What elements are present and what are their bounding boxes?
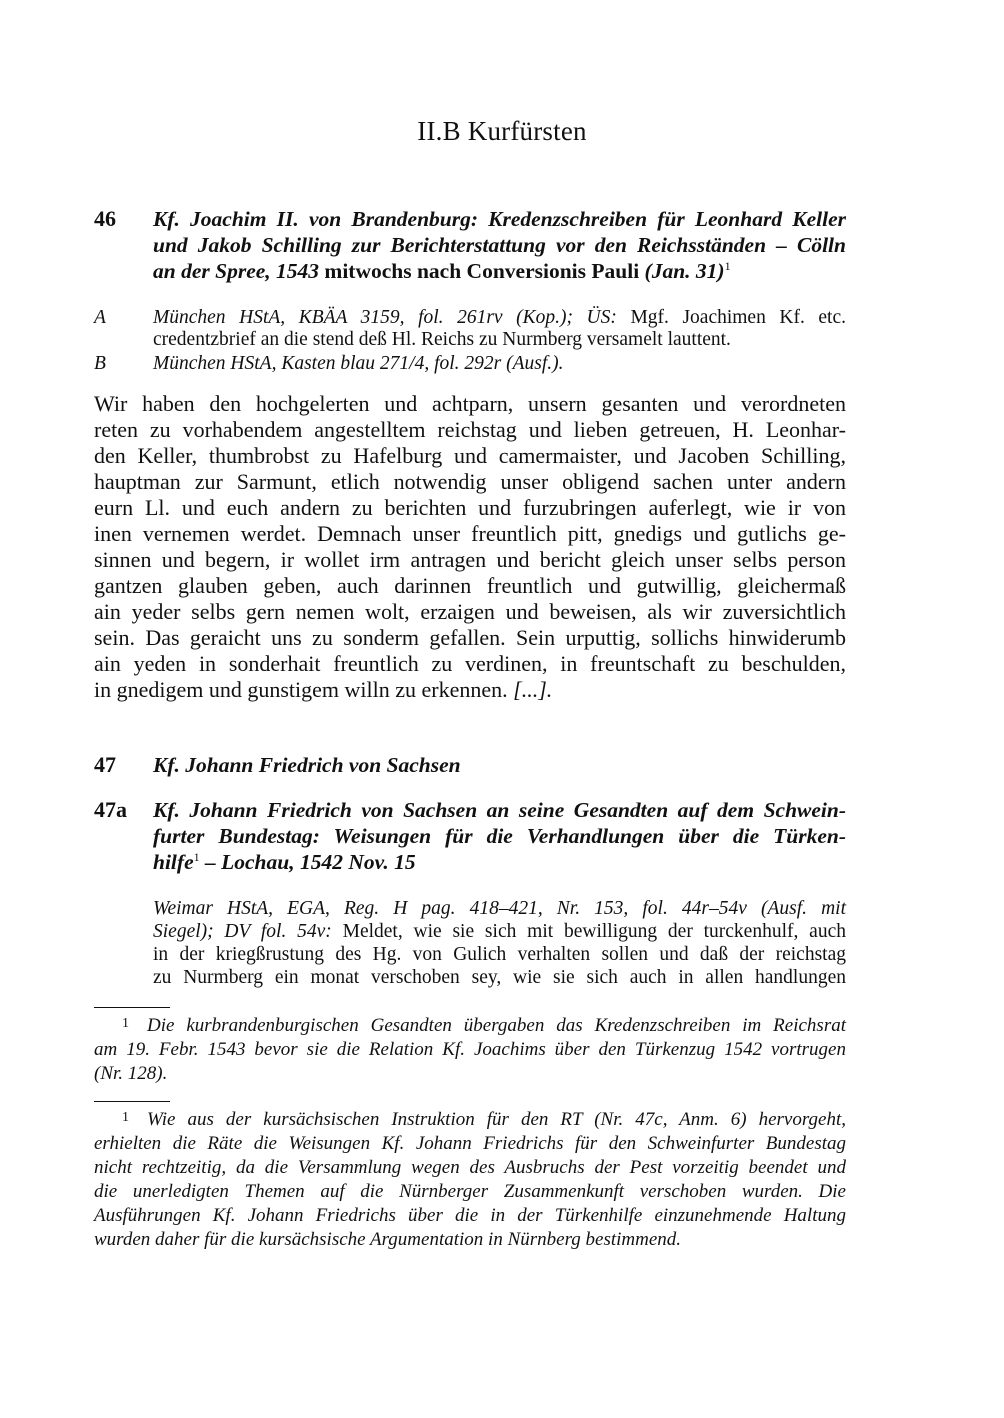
- footnote-marker: 1: [122, 1016, 129, 1031]
- source-summary: Meldet, wie sie sich mit bewilligung der…: [332, 921, 846, 942]
- source-line: in der kriegßrustung des Hg. von Gulich …: [153, 943, 846, 966]
- source-a: A München HStA, KBÄA 3159, fol. 261rv (K…: [94, 307, 846, 351]
- heading-line: Kf. Joachim II. von Brandenburg: Kredenz…: [153, 206, 846, 232]
- body-line: ain yeden in sonderhait freuntlich zu ve…: [94, 651, 846, 677]
- footnote-line: am 19. Febr. 1543 bevor sie die Relation…: [94, 1038, 846, 1062]
- body-line: reten zu vorhabendem angestelltem reichs…: [94, 417, 846, 443]
- body-line: in gnedigem und gunstigem willn zu erken…: [94, 677, 846, 703]
- body-line: ain yeder selbs gern nemen wolt, erzaige…: [94, 599, 846, 625]
- ellipsis: [...].: [513, 677, 552, 702]
- section-title: II.B Kurfürsten: [0, 116, 1004, 147]
- footnote-line: 1Wie aus der kursächsischen Instruktion …: [94, 1106, 846, 1132]
- footnote-line: erhielten die Räte die Weisungen Kf. Joh…: [94, 1132, 846, 1156]
- body-line-text: in gnedigem und gunstigem willn zu erken…: [94, 677, 508, 702]
- heading-place-date: an der Spree, 1543: [153, 259, 319, 283]
- source-line: zu Nurmberg ein monat verschoben sey, wi…: [153, 966, 846, 989]
- body-line: inen vernemen werdet. Demnach unser freu…: [94, 521, 846, 547]
- footnote-line: die unerledigten Themen auf die Nürnberg…: [94, 1180, 846, 1204]
- body-line: eurn Ll. und euch andern zu berichten un…: [94, 495, 846, 521]
- source-archive: München HStA, Kasten blau 271/4, fol. 29…: [153, 353, 564, 374]
- source-b: B München HStA, Kasten blau 271/4, fol. …: [94, 353, 846, 375]
- entry-heading: Kf. Johann Friedrich von Sachsen an sein…: [153, 797, 846, 875]
- entry-number: 46: [94, 206, 116, 232]
- entry-number: 47a: [94, 797, 127, 823]
- footnote-1-entry-46: 1Die kurbrandenburgischen Gesandten über…: [94, 1012, 846, 1086]
- heading-line: an der Spree, 1543 mitwochs nach Convers…: [153, 258, 846, 284]
- heading-quoted-date: mitwochs nach Conversionis Pauli: [324, 259, 639, 283]
- heading-line: furter Bundestag: Weisungen für die Verh…: [153, 823, 846, 849]
- footnote-text: Wie aus der kursächsischen Instruktion f…: [147, 1109, 846, 1130]
- footnote-text: Die kurbrandenburgischen Gesandten überg…: [147, 1015, 846, 1036]
- heading-resolved-date: (Jan. 31): [645, 259, 725, 283]
- entry-46-body: Wir haben den hochgelerten und achtparn,…: [94, 391, 846, 703]
- entry-47a-header: 47a Kf. Johann Friedrich von Sachsen an …: [94, 797, 846, 875]
- footnote-line: (Nr. 128).: [94, 1062, 846, 1086]
- entry-47a-source: Weimar HStA, EGA, Reg. H pag. 418–421, N…: [153, 897, 846, 989]
- footnote-1-entry-47a: 1Wie aus der kursächsischen Instruktion …: [94, 1106, 846, 1252]
- footnote-line: 1Die kurbrandenburgischen Gesandten über…: [94, 1012, 846, 1038]
- entry-47-header: 47 Kf. Johann Friedrich von Sachsen: [94, 752, 846, 778]
- heading-text: hilfe: [153, 850, 194, 874]
- body-line: Wir haben den hochgelerten und achtparn,…: [94, 391, 846, 417]
- entry-heading: Kf. Johann Friedrich von Sachsen: [153, 752, 846, 778]
- heading-line: hilfe1 – Lochau, 1542 Nov. 15: [153, 849, 846, 875]
- source-archive: München HStA, KBÄA 3159, fol. 261rv (Kop…: [153, 307, 617, 328]
- source-siglum: B: [94, 353, 106, 375]
- footnote-ref: 1: [725, 259, 731, 273]
- heading-line: und Jakob Schilling zur Berichterstattun…: [153, 232, 846, 258]
- source-text: München HStA, Kasten blau 271/4, fol. 29…: [153, 353, 846, 375]
- source-text: München HStA, KBÄA 3159, fol. 261rv (Kop…: [153, 307, 846, 351]
- entry-heading: Kf. Joachim II. von Brandenburg: Kredenz…: [153, 206, 846, 284]
- heading-place-date: – Lochau, 1542 Nov. 15: [200, 850, 416, 874]
- footnote-line: Ausführungen Kf. Johann Friedrichs über …: [94, 1204, 846, 1228]
- entry-46-header: 46 Kf. Joachim II. von Brandenburg: Kred…: [94, 206, 846, 284]
- body-line: sein. Das geraicht uns zu sonderm gefall…: [94, 625, 846, 651]
- body-line: hauptman zur Sarmunt, etlich notwendig u…: [94, 469, 846, 495]
- source-siglum: A: [94, 307, 106, 329]
- footnote-rule: [94, 1101, 170, 1102]
- footnote-line: nicht rechtzeitig, da die Versammlung we…: [94, 1156, 846, 1180]
- footnote-marker: 1: [122, 1110, 129, 1125]
- source-archive: Siegel); DV fol. 54v:: [153, 921, 332, 942]
- body-line: den Keller, thumbrobst zu Hafelburg und …: [94, 443, 846, 469]
- entry-number: 47: [94, 752, 116, 778]
- body-line: gantzen glauben geben, auch darinnen fre…: [94, 573, 846, 599]
- heading-line: Kf. Johann Friedrich von Sachsen an sein…: [153, 797, 846, 823]
- footnote-rule: [94, 1007, 170, 1008]
- source-line: Siegel); DV fol. 54v: Meldet, wie sie si…: [153, 920, 846, 943]
- source-line: Weimar HStA, EGA, Reg. H pag. 418–421, N…: [153, 897, 846, 920]
- body-line: sinnen und begern, ir wollet irm antrage…: [94, 547, 846, 573]
- footnote-line: wurden daher für die kursächsische Argum…: [94, 1228, 846, 1252]
